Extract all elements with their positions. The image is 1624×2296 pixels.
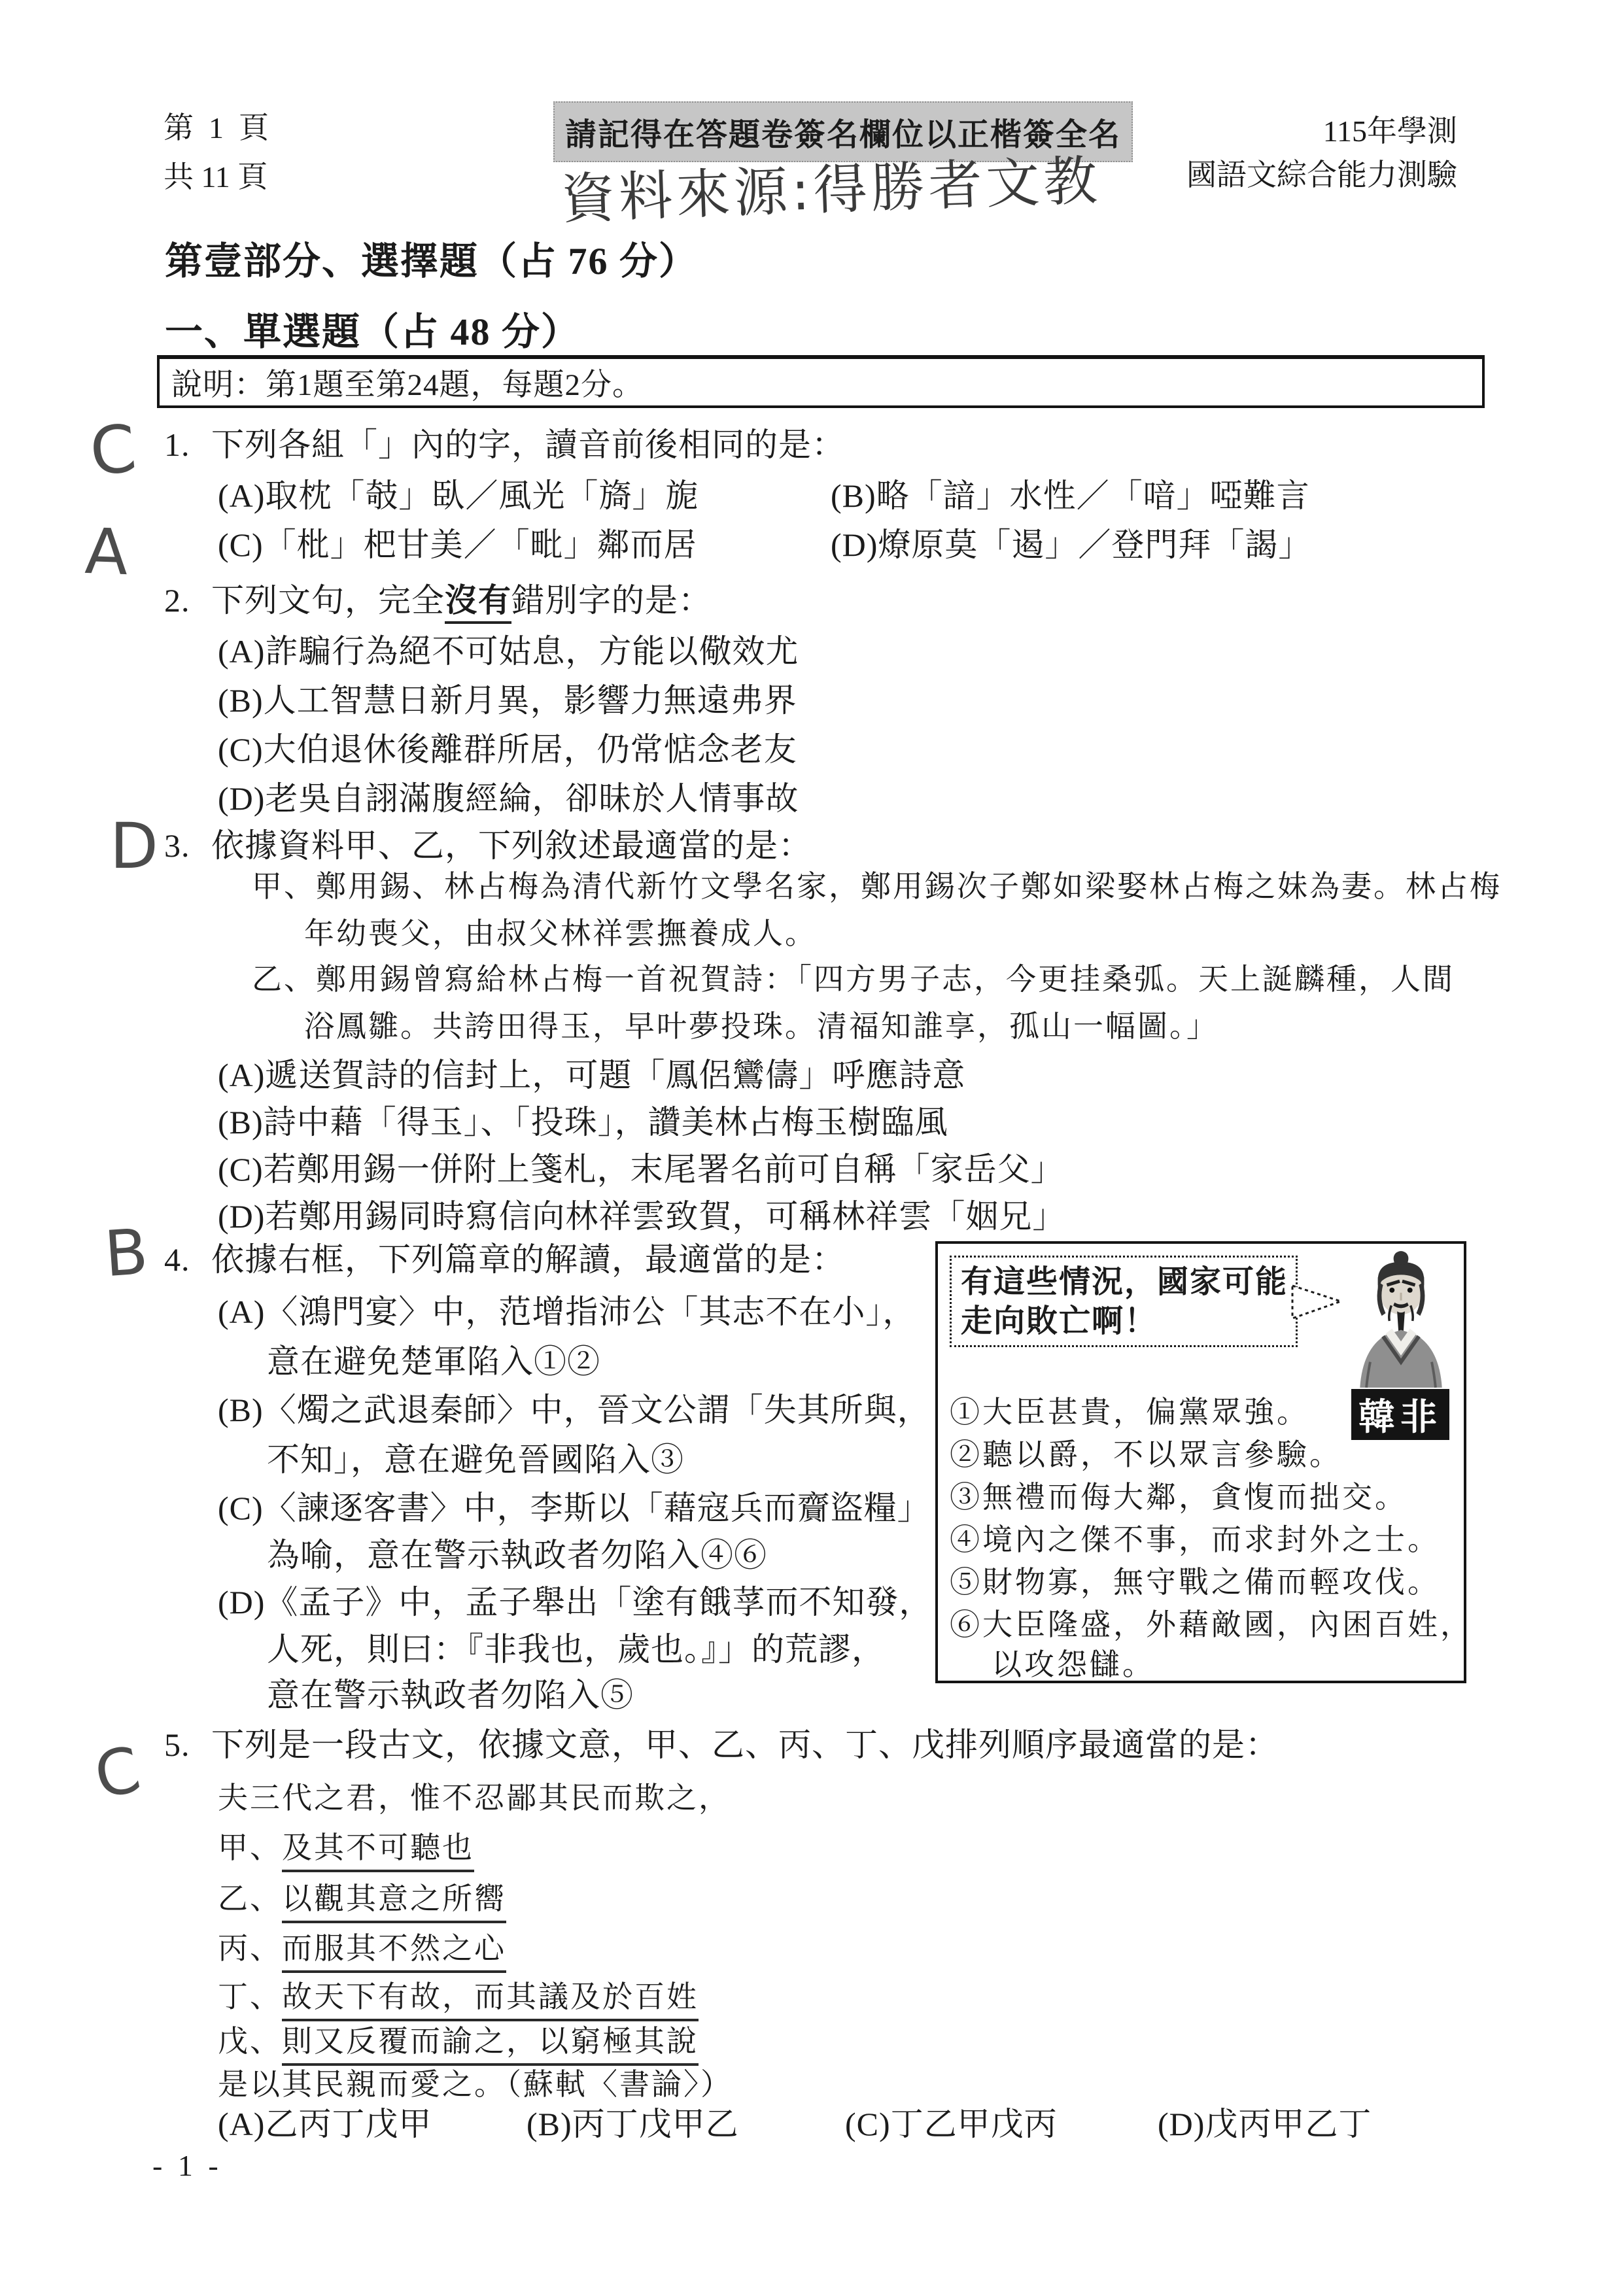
- q5-closing: 是以其民親而愛之。（蘇軾〈書論〉）: [218, 2066, 733, 2102]
- q3-stem: 依據資料甲、乙，下列敘述最適當的是：: [211, 827, 812, 864]
- q4-number: 4.: [164, 1240, 211, 1279]
- q4-stem-line: 4.依據右框，下列篇章的解讀，最適當的是：: [164, 1240, 845, 1279]
- q3-passage-yi-text1: 鄭用錫曾寫給林占梅一首祝賀詩：「四方男子志，今更挂桑弧。天上誕麟種，人間: [316, 963, 1455, 996]
- q2-stem-emphasis: 沒有: [445, 582, 511, 624]
- q3-passage-yi-line2: 浴鳳雛。共誇田得玉，早叶夢投珠。清福知誰享，孤山一幅圖。」: [304, 1008, 1218, 1044]
- exam-year: 115年學測: [1186, 110, 1457, 154]
- q4-option-d-line1: (D)《孟子》中，孟子舉出「塗有餓莩而不知發，: [218, 1583, 932, 1622]
- q5-intro: 夫三代之君，惟不忍鄙其民而欺之，: [218, 1780, 731, 1816]
- box-item-4: ④境內之傑不事，而求封外之士。: [950, 1522, 1440, 1558]
- exam-info: 115年學測 國語文綜合能力測驗: [1186, 110, 1457, 197]
- q2-option-c: (C)大伯退休後離群所居，仍常惦念老友: [218, 730, 797, 769]
- q4-option-c-line1: (C)〈諫逐客書〉中，李斯以「藉寇兵而齎盜糧」: [218, 1488, 931, 1528]
- q5-label-yi: 乙、: [218, 1882, 282, 1915]
- q3-stem-line: 3.依據資料甲、乙，下列敘述最適當的是：: [164, 826, 812, 865]
- q1-option-a: (A)取枕「攲」臥／風光「旖」旎: [218, 476, 699, 515]
- q5-line-yi: 乙、以觀其意之所嚮: [218, 1881, 506, 1917]
- q4-option-d-line3: 意在警示執政者勿陷入⑤: [267, 1675, 634, 1715]
- q5-line-ding: 丁、故天下有故，而其議及於百姓: [218, 1979, 699, 2015]
- handwritten-answer-q1: C: [86, 410, 140, 491]
- q4-option-d-line2: 人死，則曰：『非我也，歲也。』」的荒謬，: [267, 1630, 885, 1669]
- q1-stem: 下列各組「」內的字，讀音前後相同的是：: [211, 426, 845, 463]
- handwritten-answer-q4: B: [102, 1215, 150, 1291]
- box-item-6-cont: 以攻怨讎。: [992, 1647, 1155, 1683]
- q3-option-b: (B)詩中藉「得玉」、「投珠」，讚美林占梅玉樹臨風: [218, 1103, 948, 1142]
- handwritten-answer-q2: A: [84, 515, 130, 589]
- q3-passage-jia-line2: 年幼喪父，由叔父林祥雲撫養成人。: [304, 916, 817, 951]
- q1-option-b: (B)略「諳」水性／「喑」啞難言: [831, 476, 1310, 515]
- q5-number: 5.: [164, 1725, 211, 1764]
- q5-text-bing: 而服其不然之心: [282, 1932, 506, 1973]
- q1-number: 1.: [164, 425, 211, 464]
- footer-page-number: - 1 -: [152, 2148, 222, 2183]
- exam-title: 國語文綜合能力測驗: [1186, 154, 1457, 197]
- q5-text-yi: 以觀其意之所嚮: [282, 1882, 506, 1923]
- box-item-5: ⑤財物寡，無守戰之備而輕攻伐。: [950, 1564, 1440, 1600]
- page-total-label: 共 11 頁: [164, 159, 268, 195]
- q3-number: 3.: [164, 826, 211, 865]
- page-number-label: 第 1 頁: [164, 110, 269, 146]
- q5-text-jia: 及其不可聽也: [282, 1831, 474, 1872]
- instruction-text: 說明：第1題至第24題，每題2分。: [160, 360, 644, 404]
- q3-passage-yi-line1: 乙、鄭用錫曾寫給林占梅一首祝賀詩：「四方男子志，今更挂桑弧。天上誕麟種，人間: [252, 961, 1455, 997]
- q4-option-a-line1: (A)〈鴻門宴〉中，范增指沛公「其志不在小」，: [218, 1292, 916, 1331]
- hanfei-reference-box: 有這些情況，國家可能 走向敗亡啊！: [935, 1241, 1466, 1683]
- q5-label-ding: 丁、: [218, 1980, 282, 2013]
- q5-option-a: (A)乙丙丁戊甲: [218, 2104, 432, 2144]
- q5-line-wu: 戊、則又反覆而諭之，以窮極其說: [218, 2023, 699, 2059]
- q2-option-d: (D)老吳自詡滿腹經綸，卻昧於人情事故: [218, 779, 799, 818]
- q2-stem-line: 2.下列文句，完全沒有錯別字的是：: [164, 581, 712, 620]
- q2-option-a: (A)詐騙行為絕不可姑息，方能以儆效尤: [218, 632, 799, 671]
- q4-option-a-line2: 意在避免楚軍陷入①②: [267, 1342, 600, 1381]
- q3-passage-jia-label: 甲、: [252, 870, 316, 903]
- q5-stem: 下列是一段古文，依據文意，甲、乙、丙、丁、戊排列順序最適當的是：: [211, 1726, 1279, 1763]
- q2-option-b: (B)人工智慧日新月異，影響力無遠弗界: [218, 681, 797, 720]
- instruction-box: 說明：第1題至第24題，每題2分。: [157, 355, 1485, 408]
- q5-stem-line: 5.下列是一段古文，依據文意，甲、乙、丙、丁、戊排列順序最適當的是：: [164, 1725, 1279, 1764]
- q3-passage-jia-text1: 鄭用錫、林占梅為清代新竹文學名家，鄭用錫次子鄭如梁娶林占梅之妹為妻。林占梅: [316, 870, 1502, 903]
- q2-stem-post: 錯別字的是：: [511, 582, 712, 619]
- q5-label-wu: 戊、: [218, 2025, 282, 2058]
- q3-option-a: (A)遞送賀詩的信封上，可題「鳳侶鸞儔」呼應詩意: [218, 1055, 965, 1095]
- q1-stem-line: 1.下列各組「」內的字，讀音前後相同的是：: [164, 425, 845, 464]
- q4-option-b-line2: 不知」，意在避免晉國陷入③: [267, 1440, 684, 1479]
- q5-label-jia: 甲、: [218, 1831, 282, 1864]
- q3-option-c: (C)若鄭用錫一併附上箋札，末尾署名前可自稱「家岳父」: [218, 1150, 1064, 1189]
- box-item-2: ②聽以爵，不以眾言參驗。: [950, 1437, 1342, 1473]
- q3-passage-yi-label: 乙、: [252, 963, 316, 996]
- box-item-6: ⑥大臣隆盛，外藉敵國，內困百姓，: [950, 1607, 1473, 1643]
- bubble-line1: 有這些情況，國家可能: [961, 1263, 1287, 1302]
- exam-page: 第 1 頁 共 11 頁 請記得在答題卷簽名欄位以正楷簽全名 資料來源:得勝者文…: [0, 0, 1624, 2296]
- handwritten-answer-q3: D: [110, 810, 158, 883]
- q2-number: 2.: [164, 581, 211, 620]
- figure-name-label: 韓非: [1351, 1389, 1449, 1440]
- q5-option-d: (D)戊丙甲乙丁: [1158, 2104, 1372, 2144]
- q5-option-b: (B)丙丁戊甲乙: [527, 2104, 739, 2144]
- q3-option-d: (D)若鄭用錫同時寫信向林祥雲致賀，可稱林祥雲「姻兄」: [218, 1197, 1065, 1236]
- q1-option-c: (C)「枇」杷甘美／「毗」鄰而居: [218, 525, 697, 564]
- q2-stem-pre: 下列文句，完全: [211, 582, 445, 619]
- sub-title: 一、單選題（占 48 分）: [165, 301, 580, 356]
- q1-option-d: (D)燎原莫「遏」／登門拜「謁」: [831, 525, 1311, 564]
- q5-line-jia: 甲、及其不可聽也: [218, 1830, 474, 1866]
- bubble-line2: 走向敗亡啊！: [961, 1302, 1287, 1341]
- hanfei-illustration: [1337, 1249, 1465, 1388]
- q4-stem: 依據右框，下列篇章的解讀，最適當的是：: [211, 1241, 845, 1278]
- q4-option-b-line1: (B)〈燭之武退秦師〉中，晉文公謂「失其所與，: [218, 1390, 931, 1430]
- q5-text-wu: 則又反覆而諭之，以窮極其說: [282, 2025, 699, 2066]
- box-item-3: ③無禮而侮大鄰，貪愎而拙交。: [950, 1479, 1408, 1515]
- q3-passage-jia-line1: 甲、鄭用錫、林占梅為清代新竹文學名家，鄭用錫次子鄭如梁娶林占梅之妹為妻。林占梅: [252, 868, 1502, 904]
- q5-label-bing: 丙、: [218, 1932, 282, 1965]
- q5-option-c: (C)丁乙甲戊丙: [845, 2104, 1058, 2144]
- speech-bubble: 有這些情況，國家可能 走向敗亡啊！: [950, 1256, 1298, 1347]
- box-item-1: ①大臣甚貴，偏黨眾強。: [950, 1394, 1309, 1430]
- q5-line-bing: 丙、而服其不然之心: [218, 1930, 506, 1966]
- handwritten-answer-q5: C: [88, 1732, 147, 1813]
- part-title: 第壹部分、選擇題（占 76 分）: [165, 230, 698, 285]
- q5-text-ding: 故天下有故，而其議及於百姓: [282, 1980, 699, 2021]
- q4-option-c-line2: 為喻，意在警示執政者勿陷入④⑥: [267, 1535, 767, 1575]
